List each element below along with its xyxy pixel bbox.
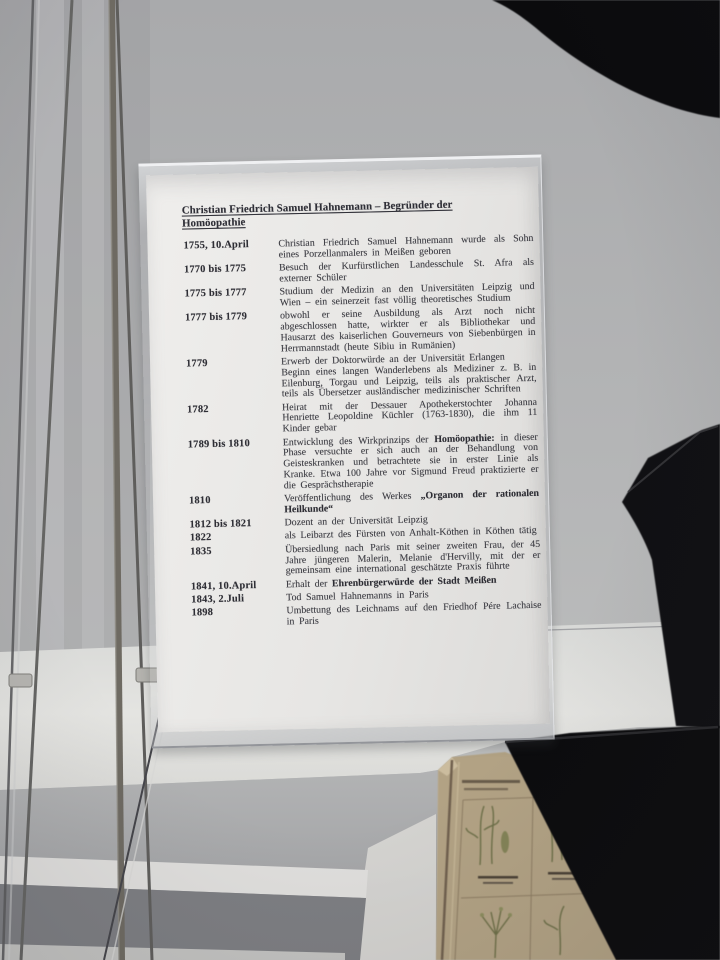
timeline-date: 1779 — [186, 357, 282, 402]
plant-caption — [483, 882, 513, 884]
timeline-date: 1898 — [191, 607, 286, 631]
rod-connector-nut — [9, 674, 32, 687]
timeline-date: 1775 bis 1777 — [184, 288, 279, 312]
book-header-text — [464, 788, 508, 790]
timeline-date: 1789 bis 1810 — [188, 438, 284, 494]
sheet-title: Christian Friedrich Samuel Hahnemann – B… — [182, 197, 511, 230]
timeline-date: 1822 — [190, 532, 285, 545]
timeline-desc: Umbettung des Leichnams auf den Friedhof… — [286, 601, 541, 628]
museum-display-photo: Christian Friedrich Samuel Hahnemann – B… — [0, 0, 720, 960]
timeline-desc: Erwerb der Doktorwürde an der Universitä… — [281, 352, 537, 401]
timeline-date: 1755, 10.April — [183, 239, 278, 263]
wall-shadow-left — [0, 0, 150, 760]
timeline-row: 1779Erwerb der Doktorwürde an der Univer… — [150, 352, 543, 404]
timeline-date: 1843, 2.Juli — [191, 593, 286, 606]
timeline-date: 1782 — [187, 403, 283, 437]
info-sheet: Christian Friedrich Samuel Hahnemann – B… — [146, 167, 550, 732]
timeline-date: 1812 bis 1821 — [190, 519, 285, 532]
timeline-desc: Heirat mit der Dessauer Apothekerstochte… — [282, 398, 538, 436]
timeline-date: 1835 — [190, 545, 286, 579]
timeline-row: 1789 bis 1810Entwicklung des Wirkprinzip… — [152, 432, 545, 495]
timeline-desc: obwohl er seine Ausbildung als Arzt noch… — [280, 306, 536, 355]
timeline-date: 1777 bis 1779 — [185, 312, 281, 357]
timeline-desc: Übersiedlung nach Paris mit seiner zweit… — [285, 540, 541, 578]
book-header-text — [462, 780, 520, 783]
timeline-date: 1841, 10.April — [191, 580, 286, 593]
timeline: 1755, 10.AprilChristian Friedrich Samuel… — [147, 234, 547, 631]
timeline-desc: Entwicklung des Wirkprinzips der Homöopa… — [283, 432, 539, 492]
timeline-desc: Veröffentlichung des Werkes „Organon der… — [284, 489, 539, 516]
plant-caption — [552, 878, 578, 880]
plant-seed — [501, 831, 509, 853]
timeline-date: 1810 — [189, 494, 284, 518]
timeline-row: 1777 bis 1779obwohl er seine Ausbildung … — [149, 306, 542, 358]
plant-caption — [478, 876, 518, 879]
timeline-date: 1770 bis 1775 — [184, 264, 279, 288]
